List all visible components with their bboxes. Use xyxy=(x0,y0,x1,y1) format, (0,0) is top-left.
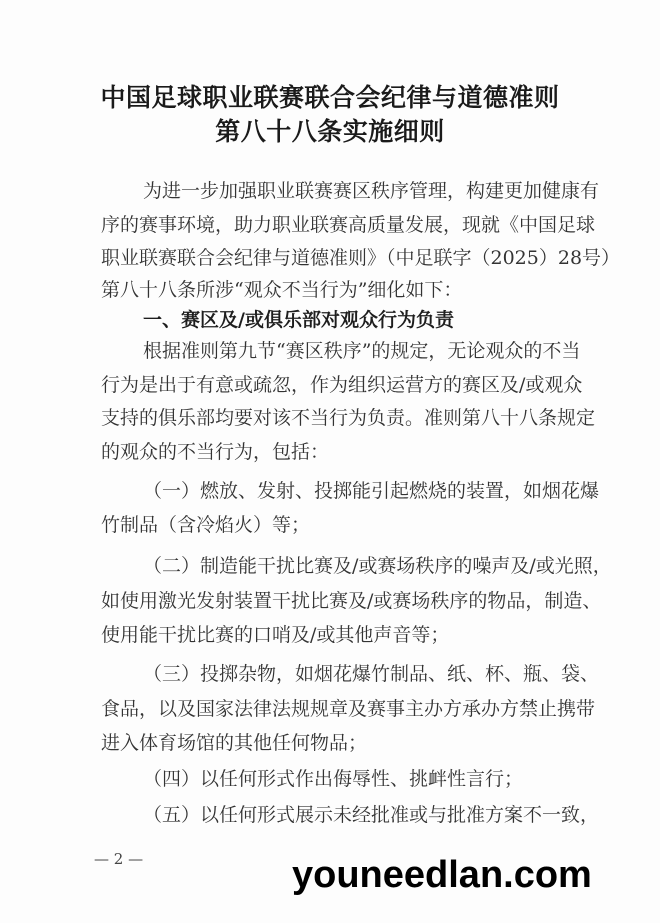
paragraph-line: 职业联赛联合会纪律与道德准则》（中足联字（2025）28号） xyxy=(101,246,557,270)
page-number: — 2 — xyxy=(94,850,143,868)
list-item-line: 竹制品（含冷焰火）等； xyxy=(101,513,557,537)
list-item-line: （二）制造能干扰比赛及/或赛场秩序的噪声及/或光照， xyxy=(143,554,557,578)
paragraph-line: 支持的俱乐部均要对该不当行为负责。准则第八十八条规定 xyxy=(101,406,557,430)
list-item-line: （四）以任何形式作出侮辱性、挑衅性言行； xyxy=(143,767,557,791)
list-item-line: 如使用激光发射装置干扰比赛及/或赛场秩序的物品，制造、 xyxy=(101,589,557,613)
paragraph-line: 的观众的不当行为，包括： xyxy=(101,440,557,464)
document-title-line-2: 第八十八条实施细则 xyxy=(0,112,660,148)
list-item-line: 使用能干扰比赛的口哨及/或其他声音等； xyxy=(101,623,557,647)
paragraph-line: 第八十八条所涉“观众不当行为”细化如下： xyxy=(101,278,557,302)
list-item-line: （三）投掷杂物，如烟花爆竹制品、纸、杯、瓶、袋、 xyxy=(143,662,557,686)
section-heading: 一、赛区及/或俱乐部对观众行为负责 xyxy=(143,308,557,332)
list-item-line: 食品，以及国家法律法规规章及赛事主办方承办方禁止携带 xyxy=(101,697,557,721)
document-page: 中国足球职业联赛联合会纪律与道德准则 第八十八条实施细则 为进一步加强职业联赛赛… xyxy=(0,0,660,923)
paragraph-line: 行为是出于有意或疏忽，作为组织运营方的赛区及/或观众 xyxy=(101,373,557,397)
document-title-line-1: 中国足球职业联赛联合会纪律与道德准则 xyxy=(0,78,660,114)
paragraph-line: 根据准则第九节“赛区秩序”的规定，无论观众的不当 xyxy=(143,339,557,363)
paragraph-line: 序的赛事环境，助力职业联赛高质量发展，现就《中国足球 xyxy=(101,213,557,237)
list-item-line: 进入体育场馆的其他任何物品； xyxy=(101,731,557,755)
list-item-line: （一）燃放、发射、投掷能引起燃烧的装置，如烟花爆 xyxy=(143,479,557,503)
watermark-text: youneedlan.com xyxy=(292,854,592,897)
paragraph-line: 为进一步加强职业联赛赛区秩序管理，构建更加健康有 xyxy=(143,179,557,203)
list-item-line: （五）以任何形式展示未经批准或与批准方案不一致， xyxy=(143,803,557,827)
